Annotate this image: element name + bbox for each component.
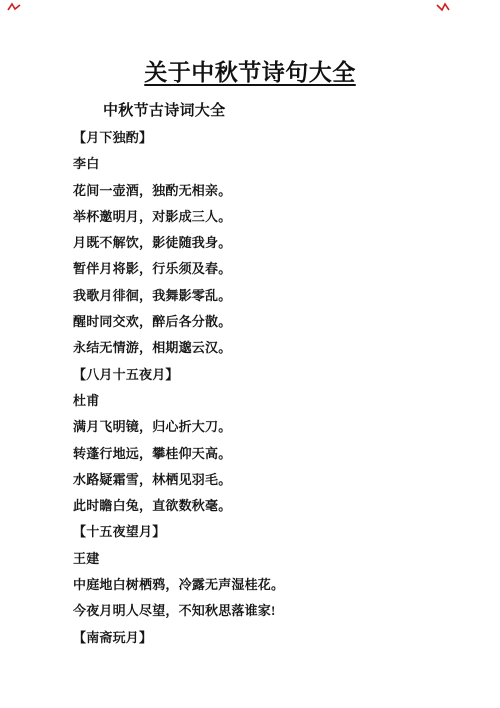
document-body: 【月下独酌】 李白 花间一壶酒，独酌无相亲。 举杯邀明月，对影成三人。 月既不解… [73, 125, 473, 651]
poem-1-line: 举杯邀明月，对影成三人。 [73, 204, 473, 230]
red-scan-mark-icon [436, 2, 450, 13]
poem-2-header: 【八月十五夜月】 [73, 362, 473, 388]
poem-3-line: 中庭地白树栖鸦，冷露无声湿桂花。 [73, 572, 473, 598]
poem-1-line: 我歌月徘徊，我舞影零乱。 [73, 283, 473, 309]
poem-2-line: 满月飞明镜，归心折大刀。 [73, 414, 473, 440]
poem-4-header: 【南斋玩月】 [73, 625, 473, 651]
page-title: 关于中秋节诗句大全 [0, 54, 500, 87]
page-subtitle: 中秋节古诗词大全 [103, 99, 225, 120]
document-page: 关于中秋节诗句大全 中秋节古诗词大全 【月下独酌】 李白 花间一壶酒，独酌无相亲… [0, 0, 500, 708]
poem-3-line: 今夜月明人尽望，不知秋思落谁家! [73, 598, 473, 624]
poem-1-author: 李白 [73, 151, 473, 177]
poem-3-author: 王建 [73, 546, 473, 572]
poem-1-line: 永结无情游，相期邈云汉。 [73, 335, 473, 361]
poem-1-line: 醒时同交欢，醉后各分散。 [73, 309, 473, 335]
poem-2-line: 转蓬行地远，攀桂仰天高。 [73, 441, 473, 467]
poem-2-line: 水路疑霜雪，林栖见羽毛。 [73, 467, 473, 493]
red-scan-mark-icon [7, 2, 21, 13]
poem-1-header: 【月下独酌】 [73, 125, 473, 151]
poem-1-line: 暂伴月将影，行乐须及春。 [73, 256, 473, 282]
poem-2-author: 杜甫 [73, 388, 473, 414]
poem-3-header: 【十五夜望月】 [73, 519, 473, 545]
poem-1-line: 花间一壶酒，独酌无相亲。 [73, 178, 473, 204]
poem-1-line: 月既不解饮，影徒随我身。 [73, 230, 473, 256]
poem-2-line: 此时瞻白兔，直欲数秋毫。 [73, 493, 473, 519]
